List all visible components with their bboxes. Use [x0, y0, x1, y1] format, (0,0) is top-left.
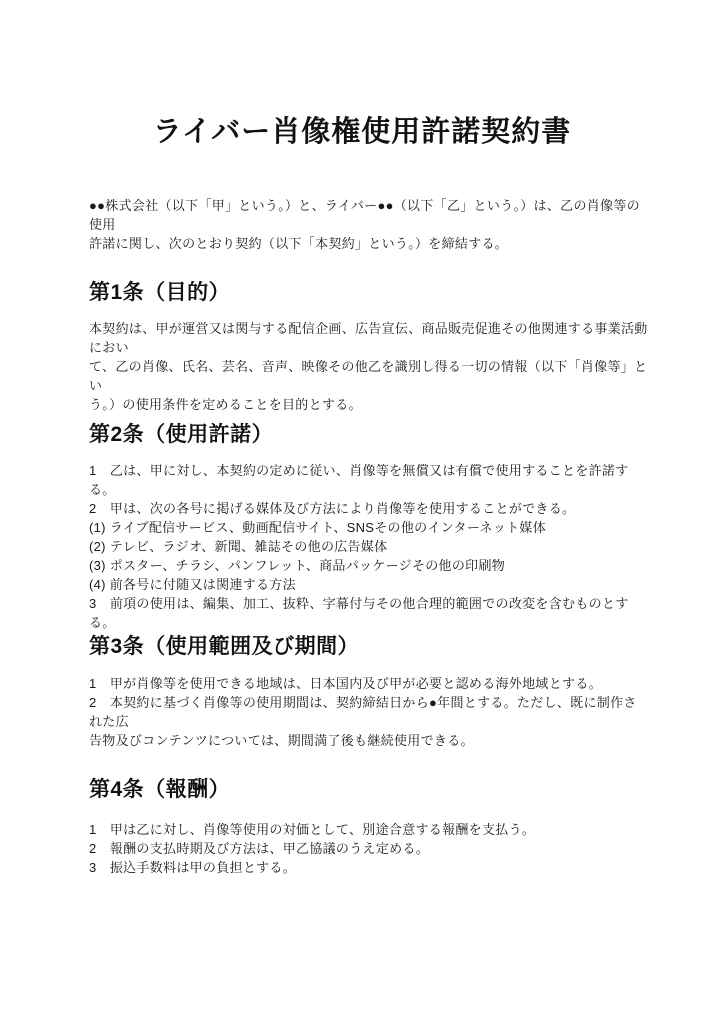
article-2-clause-1: 1 乙は、甲に対し、本契約の定めに従い、肖像等を無償又は有償で使用することを許諾… [89, 461, 649, 499]
article-4-heading: 第4条（報酬） [89, 777, 230, 803]
article-4-clause-3: 3 振込手数料は甲の負担とする。 [89, 858, 649, 877]
article-1-body: 本契約は、甲が運営又は関与する配信企画、広告宣伝、商品販売促進その他関連する事業… [89, 319, 649, 414]
article-1-heading: 第1条（目的） [89, 280, 230, 306]
article-2-clause-3: 3 前項の使用は、編集、加工、抜粋、字幕付与その他合理的範囲での改変を含むものと… [89, 594, 649, 632]
article-4-body: 1 甲は乙に対し、肖像等使用の対価として、別途合意する報酬を支払う。 2 報酬の… [89, 820, 649, 877]
article-3-clause-2-cont: 告物及びコンテンツについては、期間満了後も継続使用できる。 [89, 731, 649, 750]
article-1-line: う。）の使用条件を定めることを目的とする。 [89, 395, 649, 414]
article-3-clause-2: 2 本契約に基づく肖像等の使用期間は、契約締結日から●年間とする。ただし、既に制… [89, 693, 649, 731]
article-4-clause-1: 1 甲は乙に対し、肖像等使用の対価として、別途合意する報酬を支払う。 [89, 820, 649, 839]
preamble-paragraph: ●●株式会社（以下「甲」という。）と、ライバー●●（以下「乙」という。）は、乙の… [89, 196, 649, 253]
article-3-clause-1: 1 甲が肖像等を使用できる地域は、日本国内及び甲が必要と認める海外地域とする。 [89, 674, 649, 693]
preamble-line: 許諾に関し、次のとおり契約（以下「本契約」という。）を締結する。 [89, 234, 649, 253]
contract-document-page: ライバー肖像権使用許諾契約書 ●●株式会社（以下「甲」という。）と、ライバー●●… [0, 0, 724, 1024]
article-2-item-3: (3) ポスター、チラシ、パンフレット、商品パッケージその他の印刷物 [89, 556, 649, 575]
article-1-line: て、乙の肖像、氏名、芸名、音声、映像その他乙を識別し得る一切の情報（以下「肖像等… [89, 357, 649, 395]
article-1-line: 本契約は、甲が運営又は関与する配信企画、広告宣伝、商品販売促進その他関連する事業… [89, 319, 649, 357]
article-2-heading: 第2条（使用許諾） [89, 422, 273, 448]
article-2-item-2: (2) テレビ、ラジオ、新聞、雑誌その他の広告媒体 [89, 537, 649, 556]
article-3-heading: 第3条（使用範囲及び期間） [89, 634, 359, 660]
article-2-item-4: (4) 前各号に付随又は関連する方法 [89, 575, 649, 594]
article-3-body: 1 甲が肖像等を使用できる地域は、日本国内及び甲が必要と認める海外地域とする。 … [89, 674, 649, 750]
article-2-body: 1 乙は、甲に対し、本契約の定めに従い、肖像等を無償又は有償で使用することを許諾… [89, 461, 649, 632]
article-4-clause-2: 2 報酬の支払時期及び方法は、甲乙協議のうえ定める。 [89, 839, 649, 858]
article-2-clause-2: 2 甲は、次の各号に掲げる媒体及び方法により肖像等を使用することができる。 [89, 499, 649, 518]
preamble-line: ●●株式会社（以下「甲」という。）と、ライバー●●（以下「乙」という。）は、乙の… [89, 196, 649, 234]
document-title: ライバー肖像権使用許諾契約書 [0, 114, 724, 150]
article-2-item-1: (1) ライブ配信サービス、動画配信サイト、SNSその他のインターネット媒体 [89, 518, 649, 537]
